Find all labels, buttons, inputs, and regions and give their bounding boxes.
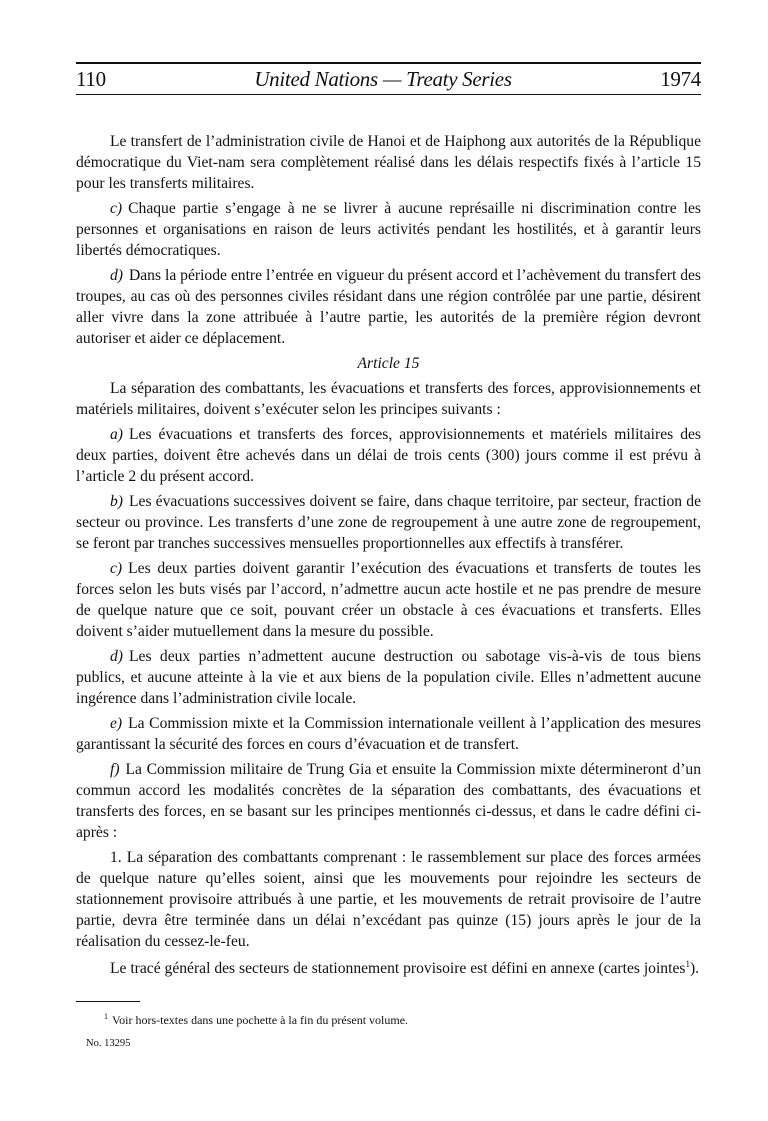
item-text: Les deux parties doivent garantir l’exéc… — [76, 560, 701, 640]
item-label: b) — [110, 493, 123, 510]
article-item-b: b)Les évacuations successives doivent se… — [76, 491, 701, 554]
footnote-marker: 1 — [104, 1012, 108, 1021]
footnote-divider — [76, 1001, 140, 1002]
item-text: Dans la période entre l’entrée en vigueu… — [76, 267, 701, 347]
article-heading: Article 15 — [76, 353, 701, 374]
item-label: f) — [110, 761, 120, 778]
item-label: c) — [110, 560, 122, 577]
document-body: Le transfert de l’administration civile … — [76, 131, 701, 979]
item-text: Les évacuations et transferts des forces… — [76, 426, 701, 485]
article-item-a: a)Les évacuations et transferts des forc… — [76, 424, 701, 487]
item-label: d) — [110, 267, 123, 284]
article-item-c: c)Les deux parties doivent garantir l’ex… — [76, 558, 701, 642]
trace-end: ). — [690, 960, 699, 977]
trace-text: Le tracé général des secteurs de station… — [110, 960, 685, 977]
document-page: 110 United Nations — Treaty Series 1974 … — [76, 62, 701, 1049]
article-trace-paragraph: Le tracé général des secteurs de station… — [76, 954, 701, 979]
running-header: 110 United Nations — Treaty Series 1974 — [76, 62, 701, 95]
year: 1974 — [660, 67, 701, 92]
item-label: d) — [110, 648, 123, 665]
article-point-1: 1. La séparation des combattants compren… — [76, 847, 701, 952]
page-number: 110 — [76, 67, 106, 92]
item-label: c) — [110, 200, 122, 217]
item-text: Les deux parties n’admettent aucune dest… — [76, 648, 701, 707]
paragraph-c: c)Chaque partie s’engage à ne se livrer … — [76, 198, 701, 261]
item-text: Chaque partie s’engage à ne se livrer à … — [76, 200, 701, 259]
item-label: e) — [110, 715, 122, 732]
paragraph-intro: Le transfert de l’administration civile … — [76, 131, 701, 194]
item-text: La Commission mixte et la Commission int… — [76, 715, 701, 753]
footnote-text: Voir hors-textes dans une pochette à la … — [112, 1013, 408, 1027]
footnote: 1Voir hors-textes dans une pochette à la… — [76, 1012, 701, 1028]
item-text: La Commission militaire de Trung Gia et … — [76, 761, 701, 841]
paragraph-d: d)Dans la période entre l’entrée en vigu… — [76, 265, 701, 349]
article-intro: La séparation des combattants, les évacu… — [76, 378, 701, 420]
article-item-d: d)Les deux parties n’admettent aucune de… — [76, 646, 701, 709]
article-item-f: f)La Commission militaire de Trung Gia e… — [76, 759, 701, 843]
item-text: Les évacuations successives doivent se f… — [76, 493, 701, 552]
item-label: a) — [110, 426, 123, 443]
series-title: United Nations — Treaty Series — [254, 67, 511, 92]
article-item-e: e)La Commission mixte et la Commission i… — [76, 713, 701, 755]
document-number: No. 13295 — [76, 1038, 701, 1049]
